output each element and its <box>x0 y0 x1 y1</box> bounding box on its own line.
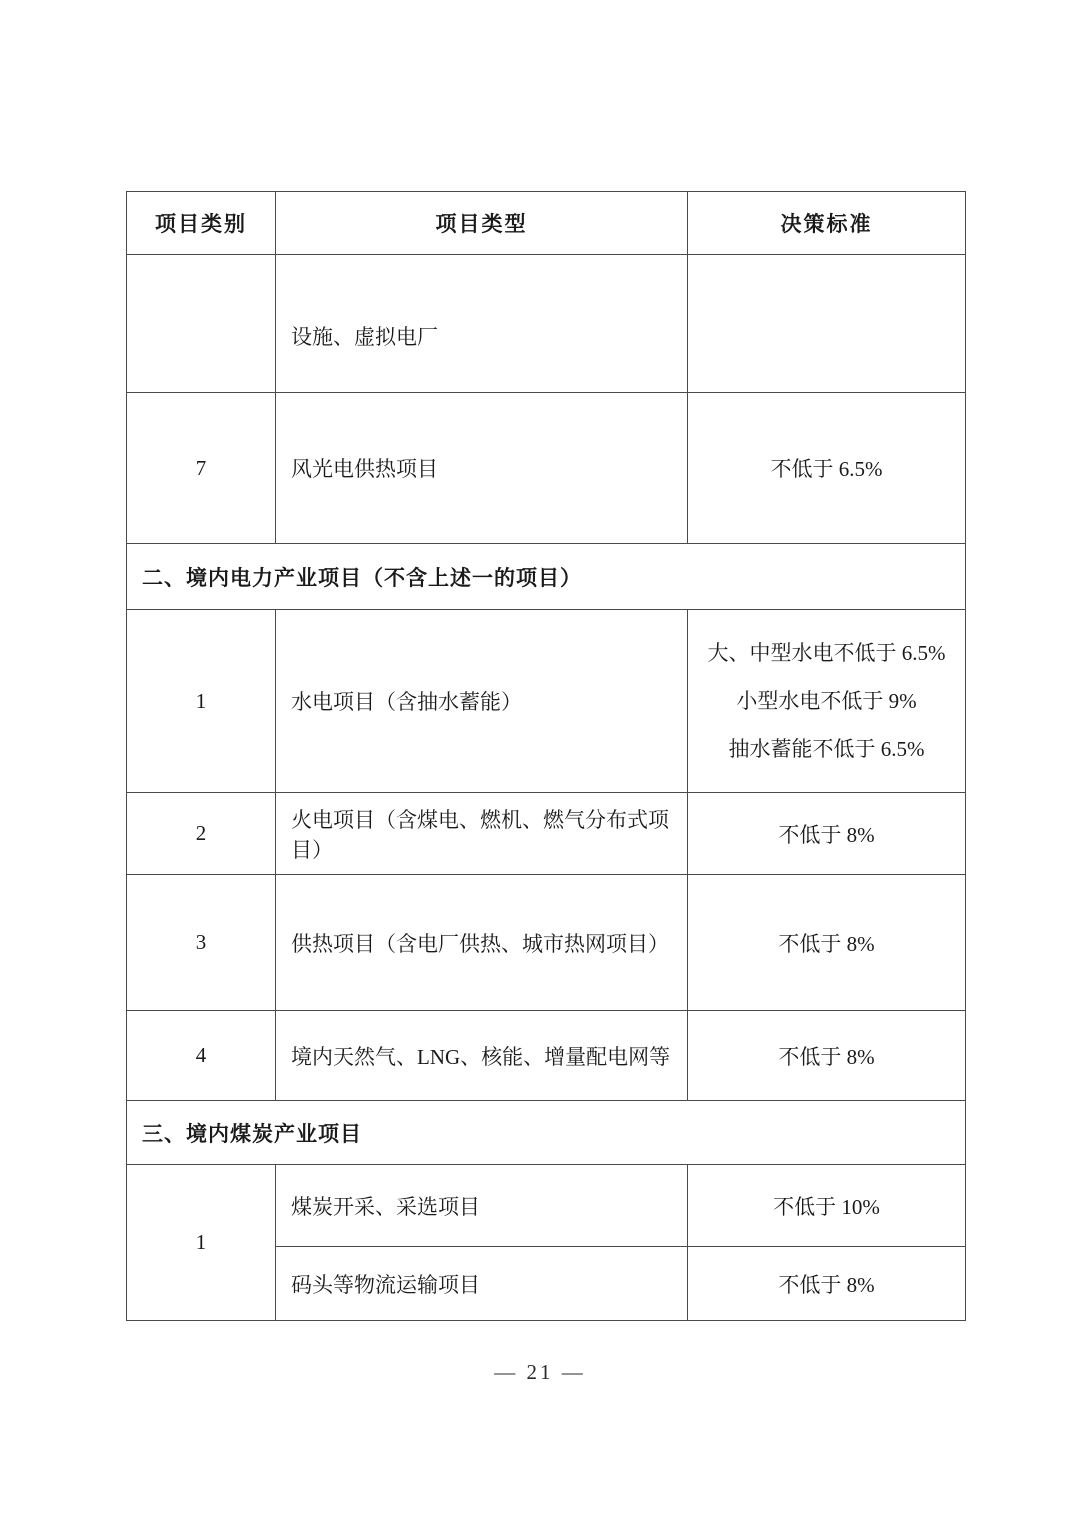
cell-project-type: 境内天然气、LNG、核能、增量配电网等 <box>276 1011 688 1101</box>
cell-category: 4 <box>127 1011 276 1101</box>
header-project-category: 项目类别 <box>127 192 276 255</box>
cell-project-type: 设施、虚拟电厂 <box>276 255 688 393</box>
section-title: 二、境内电力产业项目（不含上述一的项目） <box>127 544 966 610</box>
table-row-continuation: 设施、虚拟电厂 <box>127 255 966 393</box>
standard-line: 抽水蓄能不低于 6.5% <box>729 739 925 760</box>
table-row-hydro: 1 水电项目（含抽水蓄能） 大、中型水电不低于 6.5% 小型水电不低于 9% … <box>127 610 966 793</box>
section-header-domestic-coal: 三、境内煤炭产业项目 <box>127 1101 966 1165</box>
cell-decision-standard: 不低于 8% <box>688 875 966 1011</box>
section-header-domestic-power: 二、境内电力产业项目（不含上述一的项目） <box>127 544 966 610</box>
table-row-coal-mining: 1 煤炭开采、采选项目 不低于 10% <box>127 1165 966 1247</box>
cell-category <box>127 255 276 393</box>
cell-project-type: 煤炭开采、采选项目 <box>276 1165 688 1247</box>
section-title: 三、境内煤炭产业项目 <box>127 1101 966 1165</box>
cell-category: 7 <box>127 393 276 544</box>
cell-project-type: 水电项目（含抽水蓄能） <box>276 610 688 793</box>
cell-project-type: 码头等物流运输项目 <box>276 1247 688 1321</box>
table-row-heating: 3 供热项目（含电厂供热、城市热网项目） 不低于 8% <box>127 875 966 1011</box>
cell-project-type: 供热项目（含电厂供热、城市热网项目） <box>276 875 688 1011</box>
cell-decision-standard: 不低于 10% <box>688 1165 966 1247</box>
cell-category: 3 <box>127 875 276 1011</box>
standard-line: 小型水电不低于 9% <box>736 691 916 712</box>
cell-decision-standard <box>688 255 966 393</box>
cell-decision-standard: 大、中型水电不低于 6.5% 小型水电不低于 9% 抽水蓄能不低于 6.5% <box>688 610 966 793</box>
cell-decision-standard: 不低于 6.5% <box>688 393 966 544</box>
cell-category: 1 <box>127 610 276 793</box>
table-row-gas-nuclear-grid: 4 境内天然气、LNG、核能、增量配电网等 不低于 8% <box>127 1011 966 1101</box>
standard-line: 大、中型水电不低于 6.5% <box>708 643 946 664</box>
table-row-thermal: 2 火电项目（含煤电、燃机、燃气分布式项目） 不低于 8% <box>127 793 966 875</box>
table-header-row: 项目类别 项目类型 决策标准 <box>127 192 966 255</box>
table-row-wind-solar-heating: 7 风光电供热项目 不低于 6.5% <box>127 393 966 544</box>
hydro-standard-lines: 大、中型水电不低于 6.5% 小型水电不低于 9% 抽水蓄能不低于 6.5% <box>694 621 959 781</box>
cell-category: 1 <box>127 1165 276 1321</box>
cell-category: 2 <box>127 793 276 875</box>
cell-decision-standard: 不低于 8% <box>688 1247 966 1321</box>
header-project-type: 项目类型 <box>276 192 688 255</box>
cell-decision-standard: 不低于 8% <box>688 793 966 875</box>
cell-project-type: 风光电供热项目 <box>276 393 688 544</box>
decision-standard-table: 项目类别 项目类型 决策标准 设施、虚拟电厂 7 风光电供热项目 不低于 6.5… <box>126 191 966 1321</box>
cell-decision-standard: 不低于 8% <box>688 1011 966 1101</box>
cell-project-type: 火电项目（含煤电、燃机、燃气分布式项目） <box>276 793 688 875</box>
page-number: — 21 — <box>0 1360 1080 1385</box>
header-decision-standard: 决策标准 <box>688 192 966 255</box>
